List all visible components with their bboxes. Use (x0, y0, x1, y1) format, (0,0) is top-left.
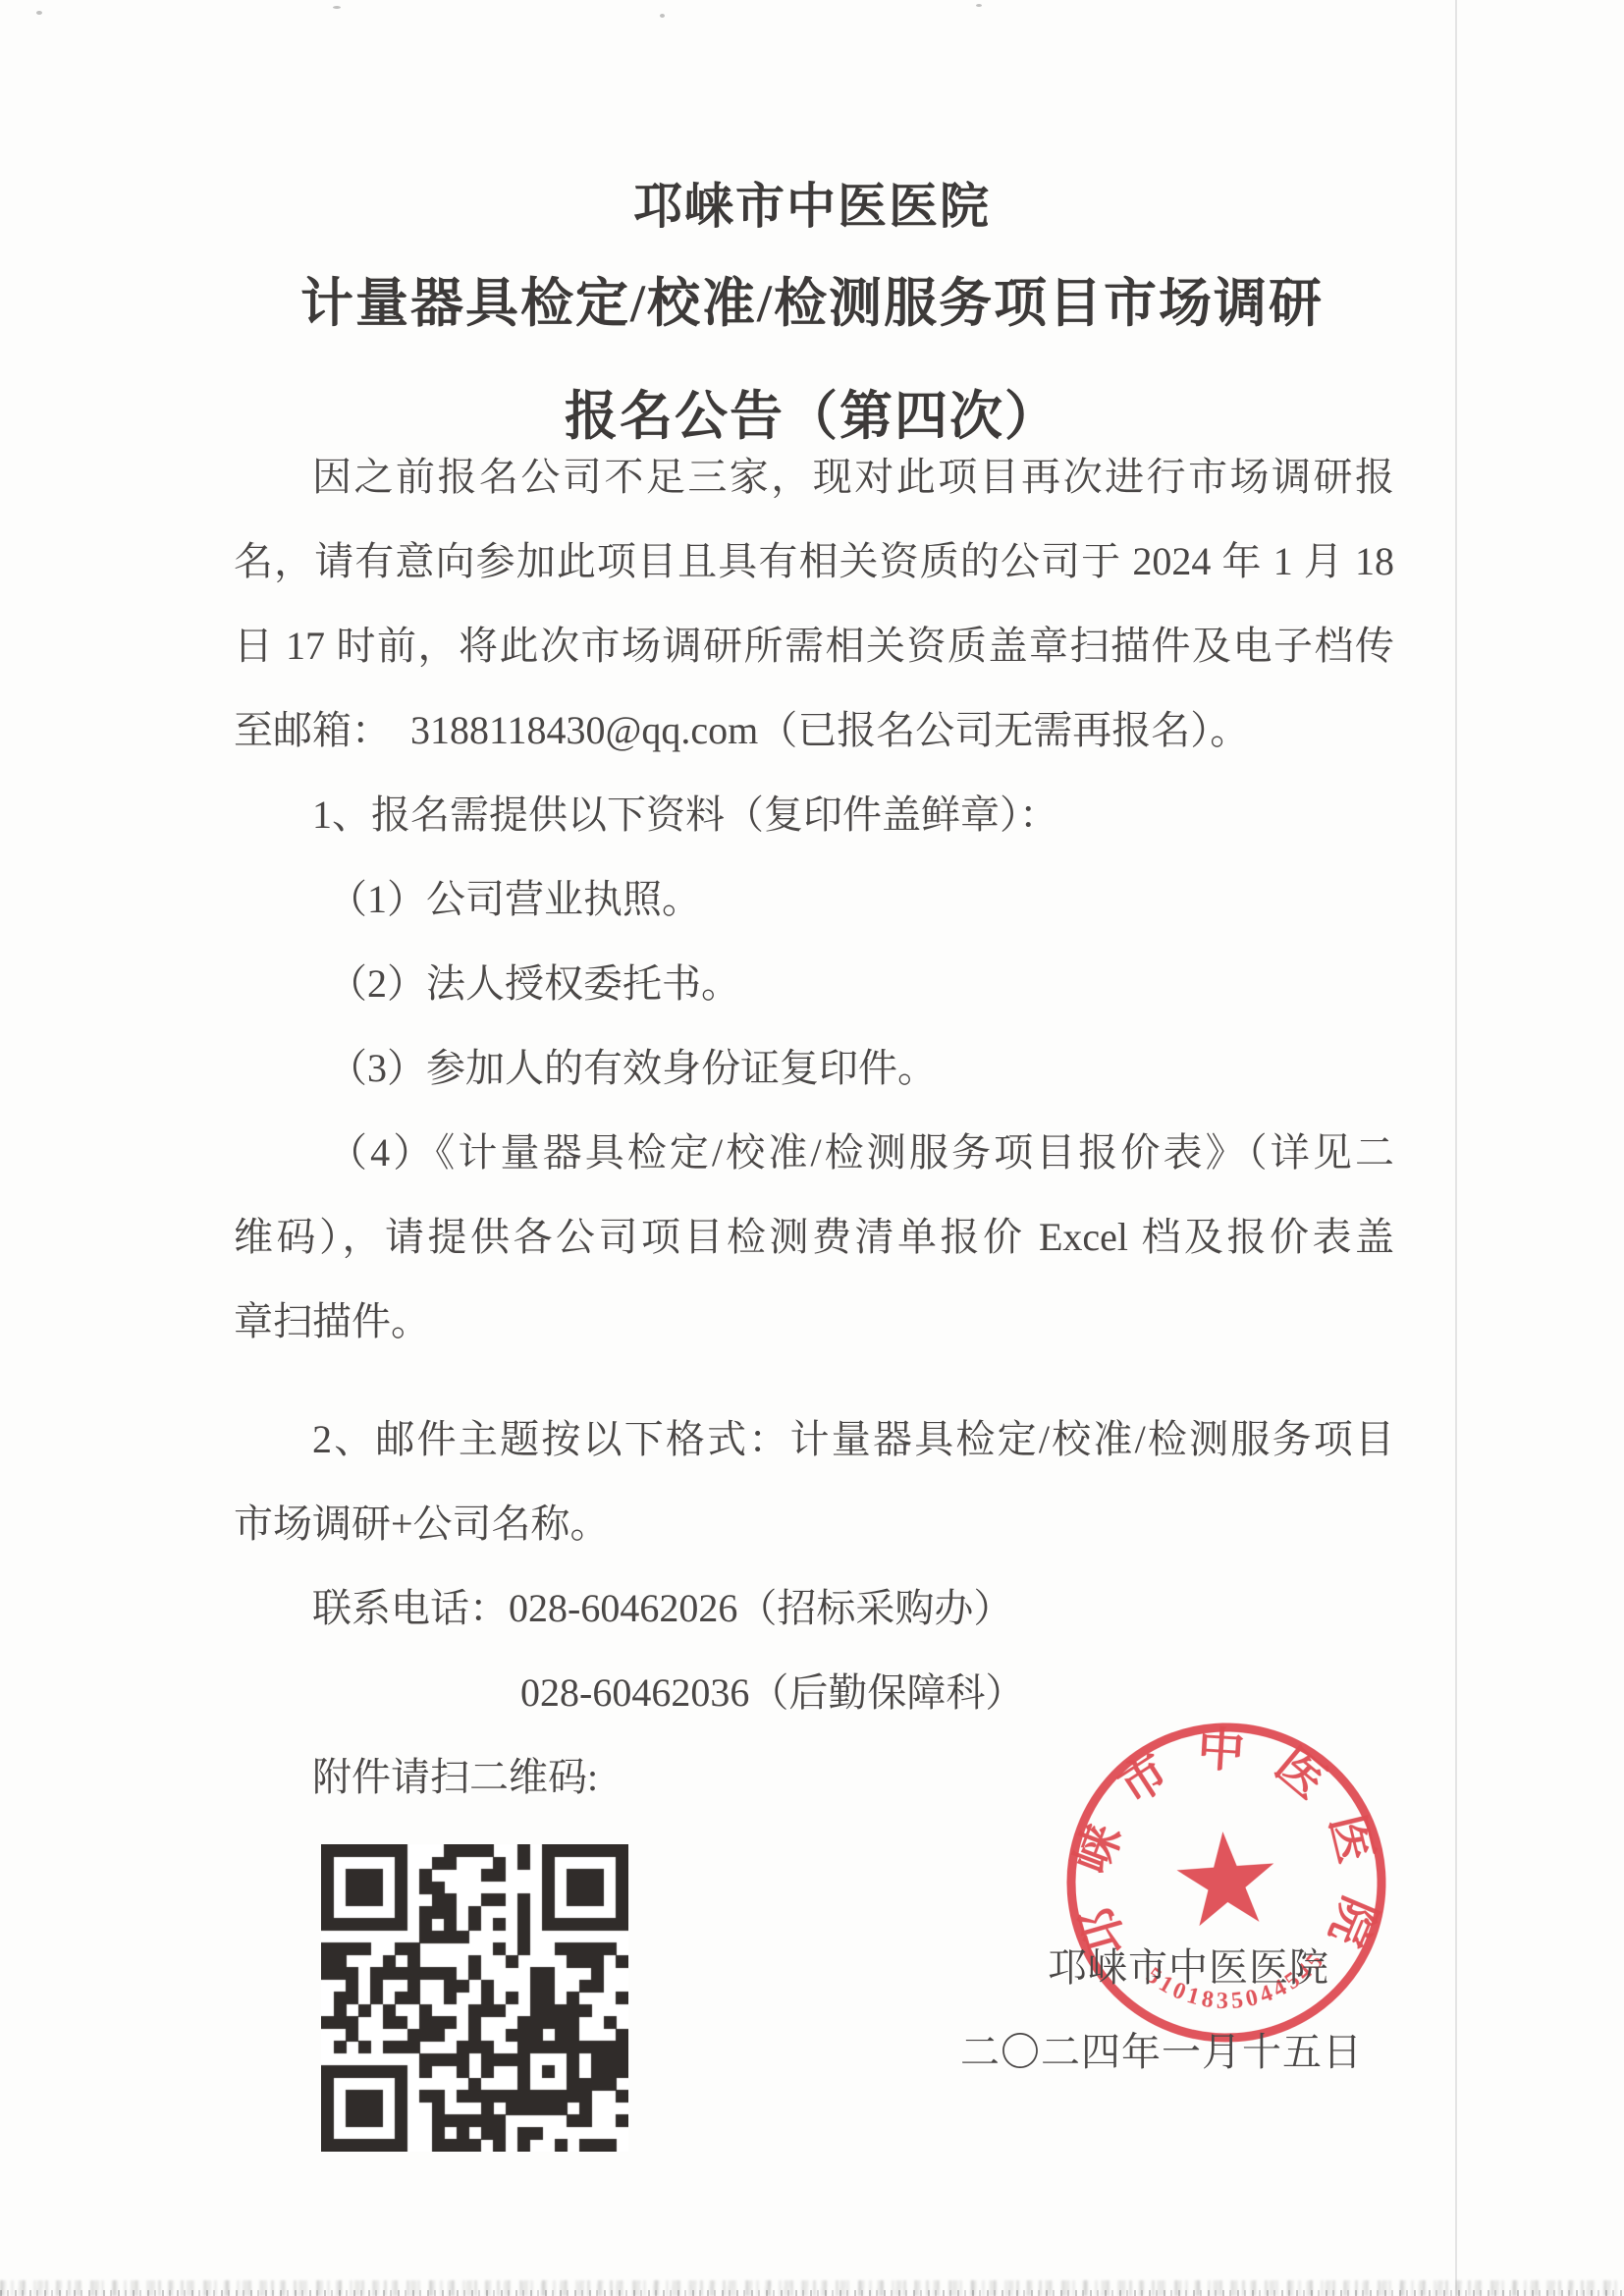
body-line: 因之前报名公司不足三家，现对此项目再次进行市场调研报 (234, 435, 1394, 519)
seal-star-icon (1174, 1829, 1277, 1928)
page-title-org: 邛崃市中医医院 (0, 167, 1624, 238)
page-title-project: 计量器具检定/校准/检测服务项目市场调研 (0, 261, 1624, 337)
scan-speck (660, 14, 665, 18)
body-line: 章扫描件。 (234, 1280, 1394, 1364)
signature-date: 二〇二四年一月十五日 (960, 2021, 1363, 2077)
scan-fold-line (1455, 0, 1457, 2296)
signature-org: 邛崃市中医医院 (1048, 1937, 1329, 1993)
body-line: 日 17 时前，将此次市场调研所需相关资质盖章扫描件及电子档传 (234, 604, 1394, 688)
list-item-1-3: （3）参加人的有效身份证复印件。 (234, 1026, 1394, 1111)
list-item-2: 2、邮件主题按以下格式：计量器具检定/校准/检测服务项目 (234, 1397, 1394, 1482)
attachment-qr-code (321, 1844, 628, 2152)
contact-phone-1: 联系电话：028-60462026（招标采购办） (234, 1566, 1394, 1651)
list-item-1-2: （2）法人授权委托书。 (234, 942, 1394, 1026)
list-item-1: 1、报名需提供以下资料（复印件盖鲜章）： (234, 773, 1394, 857)
body-line-email: 至邮箱： 3188118430@qq.com（已报名公司无需再报名）。 (234, 688, 1394, 773)
notice-body: 因之前报名公司不足三家，现对此项目再次进行市场调研报 名，请有意向参加此项目且具… (234, 435, 1394, 1820)
scan-speck (976, 4, 982, 7)
body-line: 维码），请提供各公司项目检测费清单报价 Excel 档及报价表盖 (234, 1195, 1394, 1280)
scanned-notice-page: 邛崃市中医医院 计量器具检定/校准/检测服务项目市场调研 报名公告（第四次） 因… (0, 0, 1624, 2296)
body-line: 市场调研+公司名称。 (234, 1482, 1394, 1566)
scan-noise-edge (0, 2290, 1624, 2296)
scan-speck (36, 11, 42, 15)
body-line: 名，请有意向参加此项目且具有相关资质的公司于 2024 年 1 月 18 (234, 519, 1394, 604)
scan-speck (333, 6, 341, 9)
list-item-1-4: （4）《计量器具检定/校准/检测服务项目报价表》（详见二 (234, 1111, 1394, 1195)
list-item-1-1: （1）公司营业执照。 (234, 857, 1394, 942)
official-red-seal: 邛崃市中医医院 5101835044545 (1046, 1702, 1406, 2062)
